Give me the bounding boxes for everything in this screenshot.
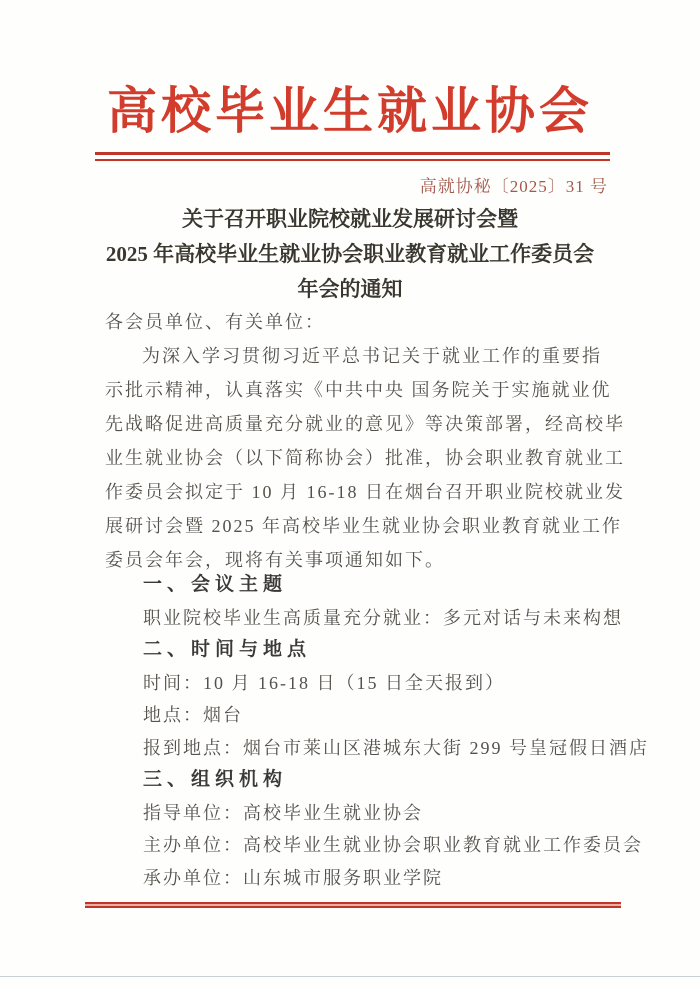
paragraph-line: 展研讨会暨 2025 年高校毕业生就业协会职业教育就业工作 <box>105 509 620 543</box>
paragraph-line: 业生就业协会（以下简称协会）批准，协会职业教育就业工 <box>105 441 620 475</box>
paragraph-line: 为深入学习贯彻习近平总书记关于就业工作的重要指 <box>105 339 620 373</box>
section-item-host-unit: 主办单位：高校毕业生就业协会职业教育就业工作委员会 <box>143 829 663 862</box>
notice-title-line: 年会的通知 <box>0 272 700 307</box>
section-item-place: 地点：烟台 <box>143 699 663 732</box>
paragraph-line: 示批示精神，认真落实《中共中央 国务院关于实施就业优 <box>105 373 620 407</box>
paragraph-line: 先战略促进高质量充分就业的意见》等决策部署，经高校毕 <box>105 407 620 441</box>
section-heading-time-place: 二、时间与地点 <box>143 634 663 667</box>
section-item-checkin-address: 报到地点：烟台市莱山区港城东大街 299 号皇冠假日酒店 <box>143 732 663 765</box>
salutation: 各会员单位、有关单位： <box>105 305 620 339</box>
section-heading-organization: 三、组织机构 <box>143 764 663 797</box>
section-heading-meeting-theme: 一、会议主题 <box>143 569 663 602</box>
document-number: 高就协秘〔2025〕31 号 <box>420 172 608 197</box>
notice-title: 关于召开职业院校就业发展研讨会暨 2025 年高校毕业生就业协会职业教育就业工作… <box>0 202 700 307</box>
scan-page-edge-line <box>0 976 700 977</box>
notice-title-line: 关于召开职业院校就业发展研讨会暨 <box>0 202 700 237</box>
notice-sections: 一、会议主题 职业院校毕业生高质量充分就业：多元对话与未来构想 二、时间与地点 … <box>143 569 663 894</box>
section-item-theme: 职业院校毕业生高质量充分就业：多元对话与未来构想 <box>143 602 663 635</box>
section-item-time: 时间：10 月 16-18 日（15 日全天报到） <box>143 667 663 700</box>
section-item-organizer-unit: 承办单位：山东城市服务职业学院 <box>143 862 663 895</box>
notice-title-line: 2025 年高校毕业生就业协会职业教育就业工作委员会 <box>0 237 700 272</box>
body-paragraph: 各会员单位、有关单位： 为深入学习贯彻习近平总书记关于就业工作的重要指 示批示精… <box>105 305 620 577</box>
scanned-notice-page: 高校毕业生就业协会 高就协秘〔2025〕31 号 关于召开职业院校就业发展研讨会… <box>0 0 700 990</box>
masthead-double-rule <box>95 152 610 161</box>
org-name-masthead: 高校毕业生就业协会 <box>0 84 700 139</box>
paragraph-line: 作委员会拟定于 10 月 16-18 日在烟台召开职业院校就业发 <box>105 475 620 509</box>
closing-double-rule <box>85 902 621 908</box>
section-item-guiding-unit: 指导单位：高校毕业生就业协会 <box>143 797 663 830</box>
